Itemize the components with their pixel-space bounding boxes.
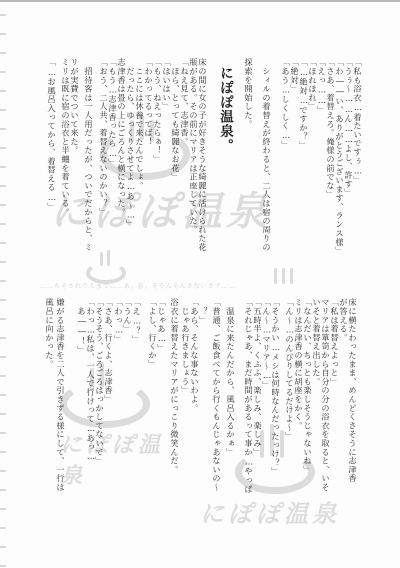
text-column: 「さあ、着替えろ。俺様の前でな」 [326, 58, 335, 199]
watermark-text: にぽぽ温泉 [60, 428, 170, 490]
text-column: 「そうかい…メシは何時なんだったっけ？」 [271, 298, 280, 476]
text-column: 「ほれほれ」 [308, 58, 317, 111]
text-column: 「あら、そんな事ないわよ。 [190, 298, 199, 412]
text-column: 「ねえ見て、志津香。 [180, 58, 189, 146]
text-column: 嫌がる志津香を二人で引きずる様にして、一行は [56, 298, 65, 492]
text-column: 「…絶対…ですか？」 [299, 58, 308, 150]
text-column: 温泉に来たんだから、風呂入るかぁ」 [226, 298, 235, 456]
text-column: が答える。 [339, 298, 348, 342]
text-column: 風呂に向かった。 [45, 298, 54, 368]
text-column: 「うぅ～……ん……よし、許す」 [344, 58, 353, 197]
text-column: 「私も浴衣…着たいですぅ…」 [353, 58, 362, 185]
text-column: 「絶対」 [290, 58, 299, 93]
text-column: マリアは箪笥から自分の分の浴衣を取ると、いそ [321, 298, 330, 492]
text-column: 「普通、ご飯食べてから行くもんじゃあないの～ [212, 298, 221, 492]
text-column: 「わかってるってば！ [144, 58, 153, 146]
text-column: じゃあ行きましょう」 [181, 298, 190, 395]
text-column: 浴衣に着替えたマリアがにっこり微笑んだ。 [170, 298, 179, 474]
text-column: 「おう、二人共、着替えないのかい？」 [99, 58, 108, 216]
text-column: 「えっ……」 [317, 58, 326, 114]
text-column: 「さあ、行くよ、志津香」 [104, 298, 113, 404]
document-page: にぽぽ温泉 にぽぽ温泉 にぽぽ温泉 ……ちそされうえまで……あ。暮。そそんそんさ… [0, 0, 400, 568]
text-column: 「私は着替えよっと」 [330, 298, 339, 386]
text-column: 「あう…しくしく…」 [281, 58, 290, 150]
steam-icon [107, 250, 110, 266]
text-column: 「五時半よ、くふふ、楽しみ、楽しみ」 [253, 298, 262, 456]
text-column: ほら、とっても綺麗なお花」 [171, 58, 180, 181]
text-column: ミリは既に宿の浴衣と半纏を着ている。 [61, 58, 70, 216]
text-column: 「ん～…のんびりしてるだけよ～」 [285, 298, 294, 441]
text-column: 「え…？」 [132, 298, 141, 344]
text-column: 「…お風呂入ってから、着替える…」 [47, 58, 56, 211]
text-column: 瓶がある。その前にマリアは正座していた。 [189, 58, 198, 234]
text-column: 探索を開始した。 [244, 58, 253, 128]
text-column: 「よし、行くか」 [148, 298, 157, 368]
text-column: 「もう、ねえったらぁ！」 [153, 58, 162, 164]
text-column: 「なんだい、ちっとも楽しそうじゃないね」 [303, 298, 312, 474]
text-column: 「ん～…マリア～…」 [262, 298, 271, 390]
text-column: 「はいはい」 [162, 58, 171, 111]
text-column: ミリは志津香の横に胡座をかく。 [294, 298, 303, 430]
text-column: ここには休養で来たんでしょ。 [135, 58, 144, 190]
text-column: 志津香は畳の上にごろんと横になった。 [117, 58, 126, 216]
text-column: 「わっ…」 [114, 298, 123, 344]
show-through-text: ……ちそされうえまで……あ。暮。そそんそんさないさす…… [40, 281, 360, 290]
text-column: 「それじゃあ、まだ時間があるって事か…やっぱ [244, 298, 253, 493]
section-title: にぽぽ温泉。 [218, 66, 232, 153]
text-column: 「わっ…私は、一人で行けって…あっ… [86, 298, 95, 462]
text-column: 「うん」 [123, 298, 132, 333]
watermark-text: にぽぽ温泉 [200, 494, 340, 529]
text-column: リが実費でついて来た。 [70, 58, 79, 155]
text-column: 招待客は一人用だったが、ついでだからと、ミ [84, 58, 93, 252]
watermark-text: にぽぽ温泉 [50, 180, 270, 237]
text-column: 「わ――い、ありがとうございます、ランス様」 [335, 58, 344, 255]
text-column: いそと着替え出した。 [312, 298, 321, 386]
steam-icon [100, 252, 103, 266]
page-top-edge [0, 0, 400, 2]
text-column: 床の間に女の子が好きそうな綺麗に活けられた花 [198, 58, 207, 252]
text-column: 「そうそう、ごろごろはっかしてないで」 [95, 298, 104, 465]
text-column: ？」 [199, 298, 208, 324]
text-column: 「じゃあ…」 [157, 298, 166, 353]
text-column: だったら、ゆっくりさせてよ…あ～…」 [126, 58, 135, 229]
text-column: 床に横たわったまま、めんどくさそうに志津香 [348, 298, 357, 483]
text-column: あ――！」 [77, 298, 86, 354]
text-column: 「もう…志津香ったら…」 [108, 58, 117, 167]
text-column: シィルの着替えが終わると、二人は宿の周りの [262, 58, 271, 252]
page-binding-edge [0, 0, 6, 568]
